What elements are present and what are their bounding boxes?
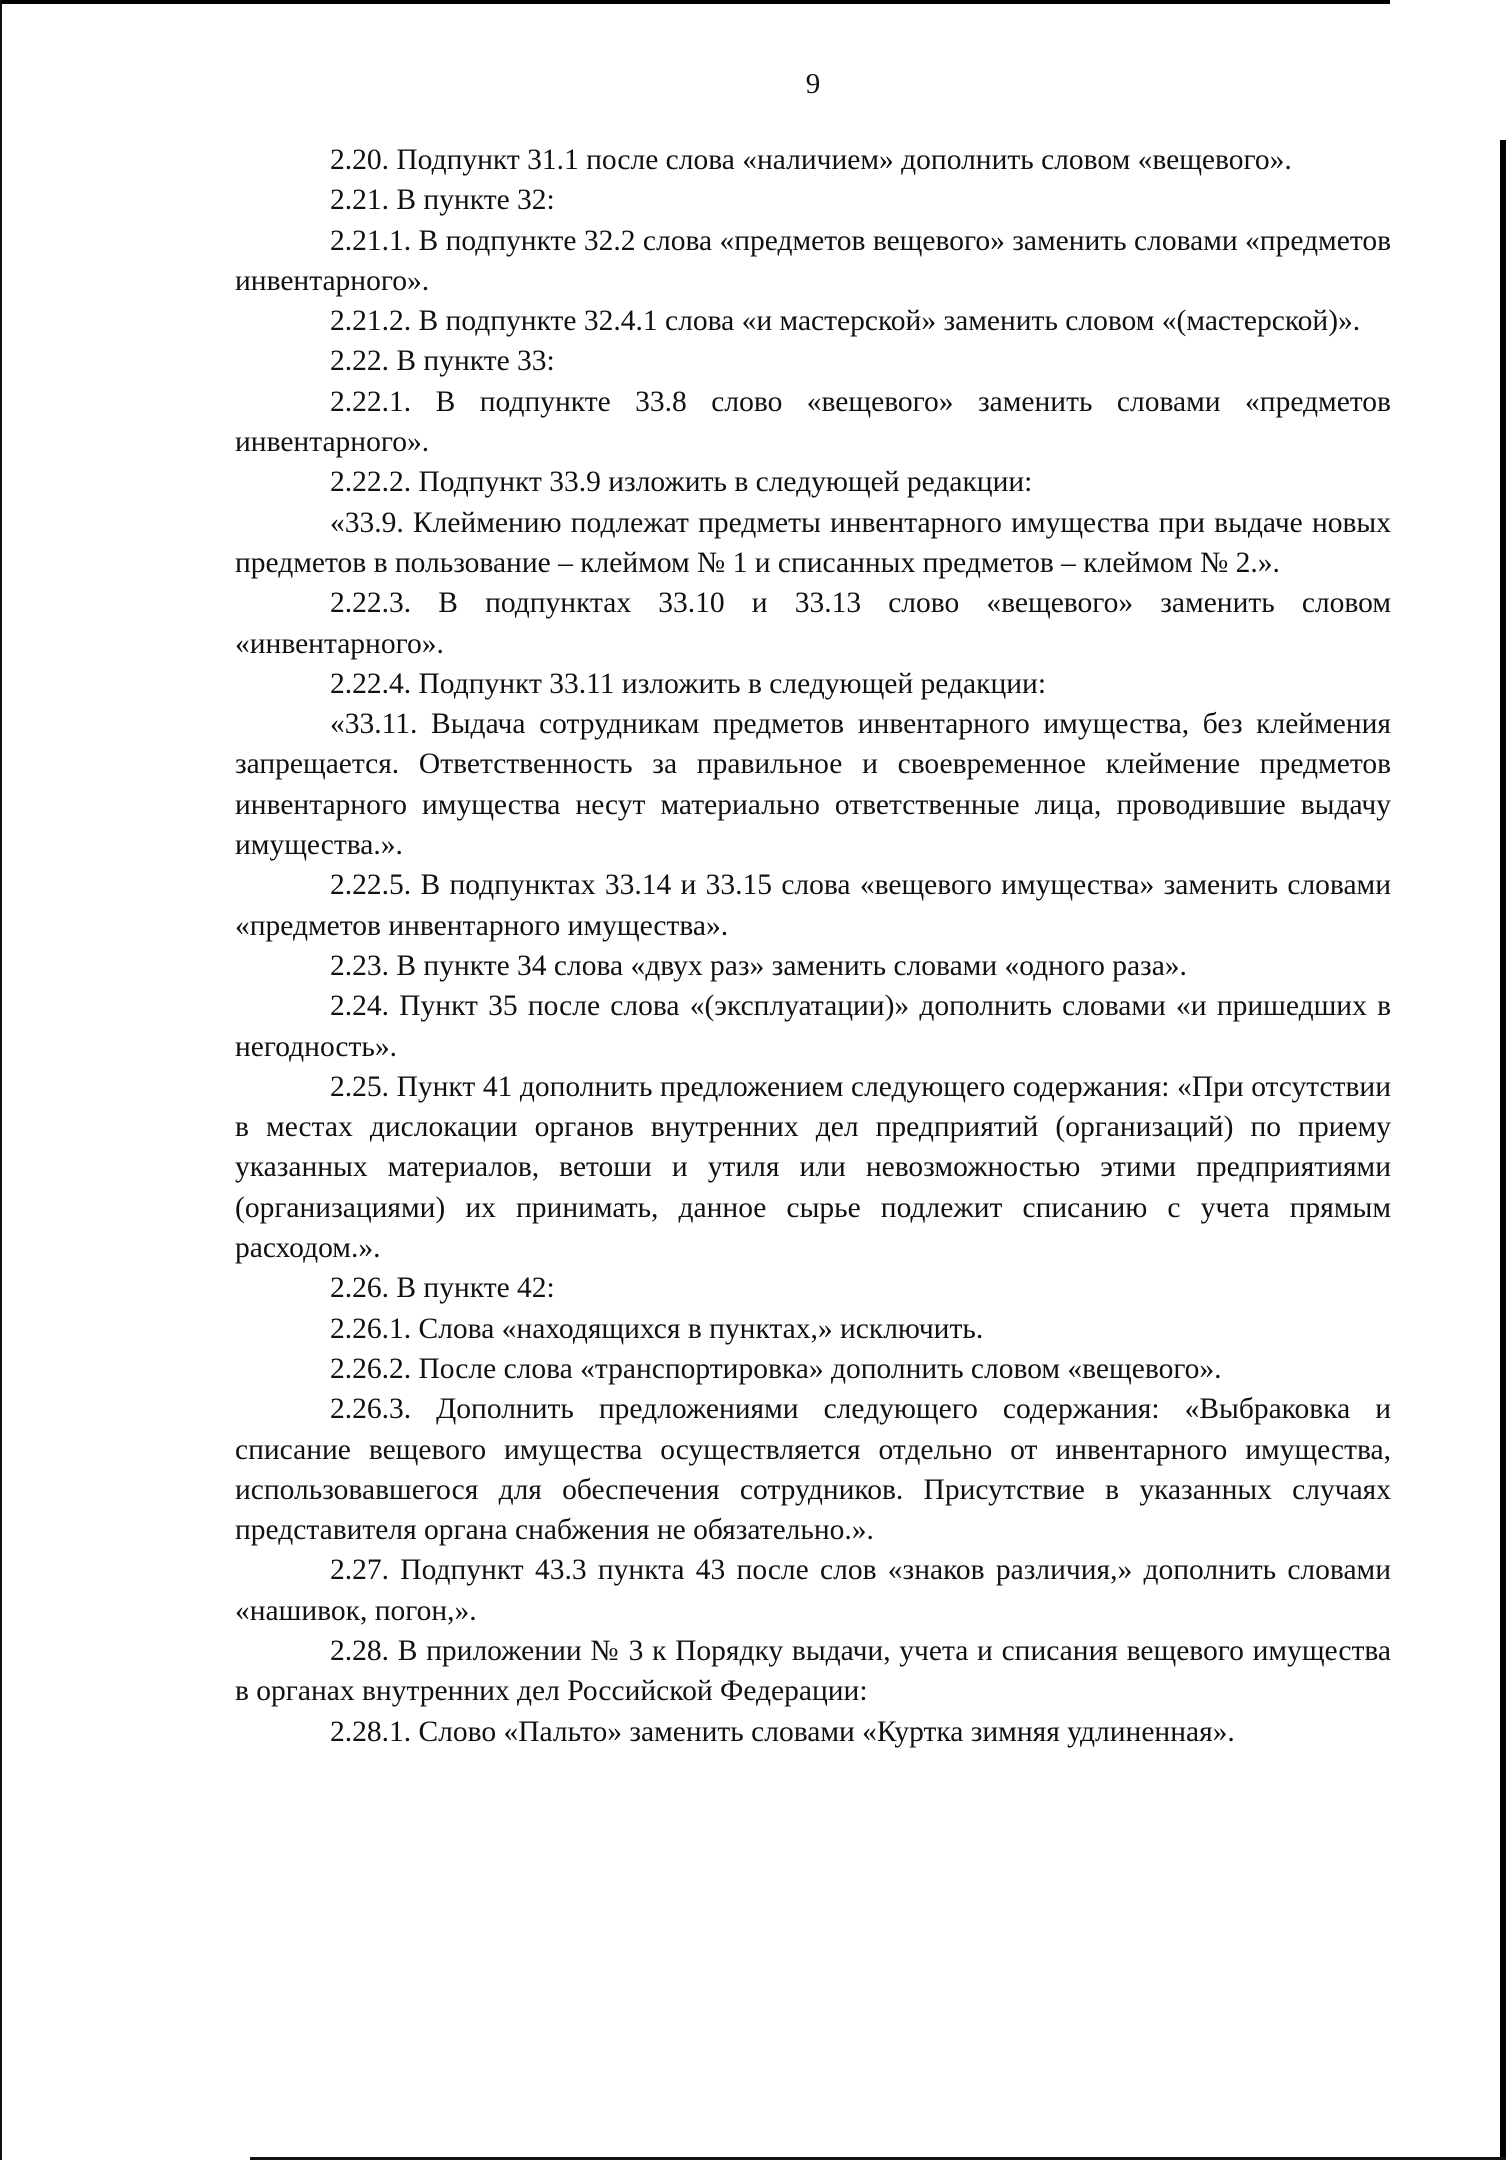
paragraph-2-23: 2.23. В пункте 34 слова «двух раз» замен…: [235, 946, 1391, 986]
paragraph-2-28: 2.28. В приложении № 3 к Порядку выдачи,…: [235, 1631, 1391, 1712]
paragraph-2-24: 2.24. Пункт 35 после слова «(эксплуатаци…: [235, 986, 1391, 1067]
paragraph-2-26-2: 2.26.2. После слова «транспортировка» до…: [235, 1349, 1391, 1389]
scan-border-top: [0, 0, 1390, 4]
document-body: 2.20. Подпункт 31.1 после слова «наличие…: [235, 140, 1391, 1752]
scan-border-right: [1500, 140, 1506, 2160]
paragraph-2-22-2: 2.22.2. Подпункт 33.9 изложить в следующ…: [235, 462, 1391, 502]
paragraph-2-22-4: 2.22.4. Подпункт 33.11 изложить в следую…: [235, 664, 1391, 704]
paragraph-2-25: 2.25. Пункт 41 дополнить предложением сл…: [235, 1067, 1391, 1268]
paragraph-2-22: 2.22. В пункте 33:: [235, 341, 1391, 381]
paragraph-2-22-3: 2.22.3. В подпунктах 33.10 и 33.13 слово…: [235, 583, 1391, 664]
scan-border-left: [0, 0, 2, 2160]
paragraph-2-21-1: 2.21.1. В подпункте 32.2 слова «предмето…: [235, 221, 1391, 302]
paragraph-2-26-1: 2.26.1. Слова «находящихся в пунктах,» и…: [235, 1309, 1391, 1349]
page-number: 9: [0, 68, 1506, 101]
paragraph-2-22-1: 2.22.1. В подпункте 33.8 слово «вещевого…: [235, 382, 1391, 463]
paragraph-33-11-quote: «33.11. Выдача сотрудникам предметов инв…: [235, 704, 1391, 865]
paragraph-2-28-1: 2.28.1. Слово «Пальто» заменить словами …: [235, 1712, 1391, 1752]
paragraph-2-26: 2.26. В пункте 42:: [235, 1268, 1391, 1308]
paragraph-33-9-quote: «33.9. Клеймению подлежат предметы инвен…: [235, 503, 1391, 584]
paragraph-2-26-3: 2.26.3. Дополнить предложениями следующе…: [235, 1389, 1391, 1550]
paragraph-2-21-2: 2.21.2. В подпункте 32.4.1 слова «и маст…: [235, 301, 1391, 341]
paragraph-2-27: 2.27. Подпункт 43.3 пункта 43 после слов…: [235, 1550, 1391, 1631]
paragraph-2-20: 2.20. Подпункт 31.1 после слова «наличие…: [235, 140, 1391, 180]
paragraph-2-21: 2.21. В пункте 32:: [235, 180, 1391, 220]
paragraph-2-22-5: 2.22.5. В подпунктах 33.14 и 33.15 слова…: [235, 865, 1391, 946]
